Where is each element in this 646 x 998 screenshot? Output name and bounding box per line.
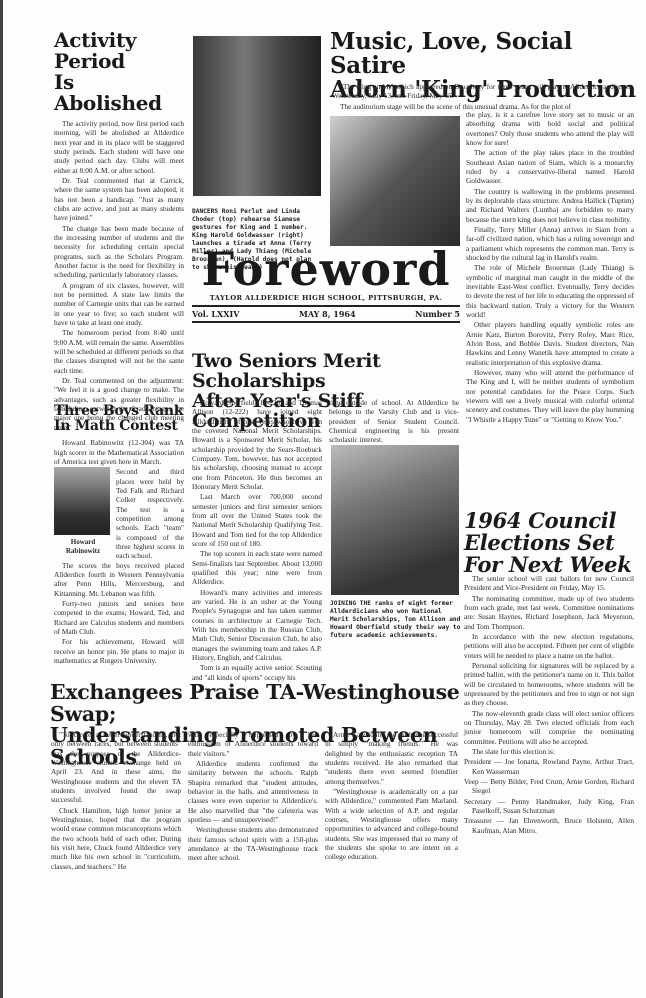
masthead-title: Foreword [192,246,460,292]
slate-president: President — Joe Ionatta, Rowland Payne, … [464,757,634,776]
dancers-photo [193,36,321,196]
king-lead: "The King and I," which appeared on Broa… [332,82,632,112]
photo-caption: Howard Rabinowitz [54,538,112,556]
masthead-rule-bottom [192,321,460,323]
slate-veep: Veep — Betty Bilder, Fred Crum, Arnie Go… [464,777,634,796]
king-body: the play, is it a carefree love story se… [466,110,634,425]
math-article: Three Boys Rank In Math Contest Howard R… [54,404,184,666]
activity-body: The activity period, now first period ea… [54,119,184,432]
slate-secretary: Secretary — Penny Handmaker, Judy King, … [464,797,634,816]
activity-article: Activity Period Is Abolished The activit… [54,30,184,433]
merit-photo [331,445,459,595]
exchange-col2: was especially impressed by "the enthusi… [188,730,318,864]
page-edge [0,0,3,998]
rabinowitz-photo [54,467,110,535]
math-body: Howard Rabinowitz (12-304) was TA high s… [54,438,184,665]
exchange-col3: Arnie Katz found the exchange successful… [325,730,458,863]
merit-col2: time outside of school. At Allderdice he… [329,398,459,446]
council-body: The senior school will cast ballots for … [464,574,634,836]
merit-col1: Howard Oberfield (12-220) and Thomas All… [192,398,322,683]
slate-treasurer: Treasurer — Jan Ehrenworth, Bruce Holste… [464,816,634,835]
activity-headline: Activity Period Is Abolished [54,30,184,114]
exchange-col1: "To create a better understanding, not o… [51,730,181,872]
council-slate: President — Joe Ionatta, Rowland Payne, … [464,757,634,835]
math-headline: Three Boys Rank In Math Contest [54,404,184,433]
council-headline: 1964 Council Elections Set For Next Week [464,510,644,576]
merit-caption: JOINING THE ranks of eight former Allder… [330,600,462,640]
masthead: Foreword TAYLOR ALLDERDICE HIGH SCHOOL, … [192,246,460,323]
king-photo [330,116,460,246]
masthead-school: TAYLOR ALLDERDICE HIGH SCHOOL, PITTSBURG… [192,294,460,302]
masthead-dateline: Vol. LXXIV MAY 8, 1964 Number 5 [192,307,460,321]
